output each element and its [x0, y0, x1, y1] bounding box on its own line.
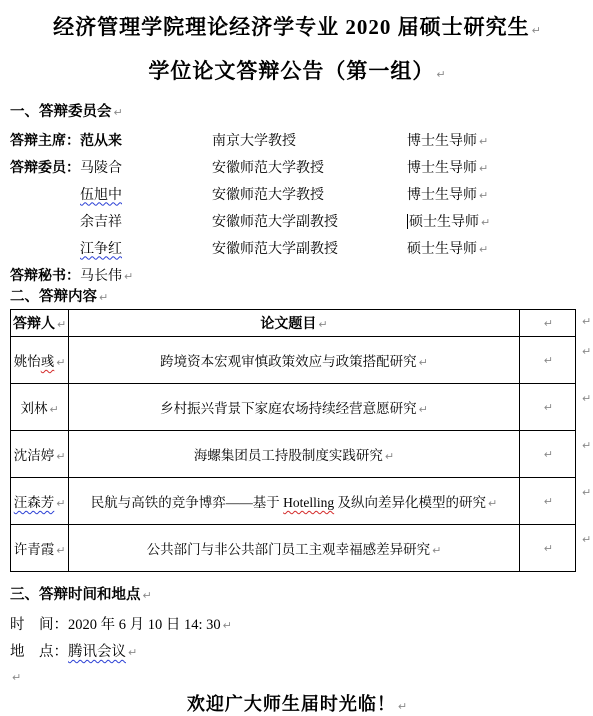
extra-cell: ↵	[519, 384, 575, 431]
defender-name: 汪森芳	[14, 495, 55, 510]
extra-cell: ↵	[519, 337, 575, 384]
paragraph-mark: ↵	[385, 450, 394, 463]
member-name: 江争红	[80, 238, 212, 258]
member-title: 硕士生导师↵	[407, 211, 585, 231]
paragraph-mark: ↵	[398, 700, 408, 713]
heading-text: 三、答辩时间和地点	[10, 587, 141, 603]
thesis-title: 乡村振兴背景下家庭农场持续经营意愿研究	[160, 401, 417, 416]
extra-cell: ↵	[519, 431, 575, 478]
schedule-time-row: 时 间：2020 年 6 月 10 日 14: 30↵	[10, 612, 585, 639]
paragraph-mark: ↵	[582, 486, 591, 499]
paragraph-mark: ↵	[544, 448, 553, 461]
defender-name: 沈洁婷	[14, 448, 55, 463]
paragraph-mark: ↵	[532, 24, 542, 37]
committee-row-member: 余吉祥 安徽师范大学副教授 硕士生导师↵	[10, 207, 585, 234]
paragraph-mark: ↵	[12, 671, 21, 684]
member-name: 伍旭中	[80, 184, 212, 204]
committee-row-member: 江争红 安徽师范大学副教授 硕士生导师↵	[10, 234, 585, 261]
time-value: 2020 年 6 月 10 日 14: 30	[68, 617, 221, 633]
table-header-extra: ↵	[519, 310, 575, 337]
paragraph-mark: ↵	[582, 315, 591, 328]
paragraph-mark: ↵	[481, 216, 490, 229]
paragraph-mark: ↵	[479, 243, 488, 256]
member-title: 博士生导师↵	[407, 184, 585, 204]
paragraph-mark: ↵	[544, 401, 553, 414]
document-page: 经济管理学院理论经济学专业 2020 届硕士研究生↵ 学位论文答辩公告（第一组）…	[0, 0, 593, 716]
thesis-title: 跨境资本宏观审慎政策效应与政策搭配研究	[160, 354, 417, 369]
member-name-text: 马陵合	[80, 161, 122, 176]
member-name: 马长伟↵	[80, 265, 212, 285]
committee-row-member: 伍旭中 安徽师范大学教授 博士生导师↵	[10, 180, 585, 207]
paragraph-mark: ↵	[582, 392, 591, 405]
thesis-title: 海螺集团员工持股制度实践研究	[194, 448, 383, 463]
table-row: 刘林↵ 乡村振兴背景下家庭农场持续经营意愿研究↵ ↵	[11, 384, 576, 431]
time-label: 时 间：	[10, 617, 68, 633]
table-header-thesis: 论文题目↵	[69, 310, 519, 337]
defender-name-cell: 许青霞↵	[11, 525, 69, 572]
paragraph-mark: ↵	[56, 497, 65, 510]
table-row: 汪森芳↵ 民航与高铁的竞争博弈——基于 Hotelling 及纵向差异化模型的研…	[11, 478, 576, 525]
paragraph-mark: ↵	[582, 533, 591, 546]
schedule-place-row: 地 点：腾讯会议↵	[10, 639, 585, 666]
member-title-text: 硕士生导师	[409, 215, 479, 230]
paragraph-mark: ↵	[582, 345, 591, 358]
content-section-heading: 二、答辩内容↵	[10, 288, 585, 307]
member-name: 余吉祥	[80, 211, 212, 231]
member-name-text: 范从来	[80, 134, 122, 149]
extra-cell: ↵	[519, 525, 575, 572]
paragraph-mark: ↵	[143, 589, 152, 602]
table-row: 姚怡彧↵ 跨境资本宏观审慎政策效应与政策搭配研究↵ ↵	[11, 337, 576, 384]
page-title-text: 学位论文答辩公告（第一组）	[148, 59, 434, 83]
member-name: 马陵合	[80, 157, 212, 177]
committee-role-label: 答辩主席：	[10, 130, 80, 150]
paragraph-mark: ↵	[50, 403, 59, 416]
paragraph-mark: ↵	[479, 189, 488, 202]
paragraph-mark: ↵	[114, 106, 123, 119]
committee-role-label: 答辩秘书：	[10, 265, 80, 285]
member-title-text: 硕士生导师	[407, 242, 477, 257]
paragraph-mark: ↵	[56, 450, 65, 463]
place-label: 地 点：	[10, 644, 68, 660]
paragraph-mark: ↵	[56, 356, 65, 369]
footer-welcome: 欢迎广大师生届时光临！↵	[10, 691, 585, 716]
committee-role-label: 答辩委员：	[10, 157, 80, 177]
member-name-text: 余吉祥	[80, 215, 122, 230]
defense-table: 答辩人↵ 论文题目↵ ↵ 姚怡彧↵ 跨境资本宏观审慎政策效应与政策搭配研究↵ ↵…	[10, 309, 576, 572]
thesis-title-cell: 民航与高铁的竞争博弈——基于 Hotelling 及纵向差异化模型的研究↵	[69, 478, 519, 525]
member-institution: 南京大学教授	[212, 130, 407, 150]
member-institution: 安徽师范大学教授	[212, 184, 407, 204]
paragraph-mark: ↵	[582, 439, 591, 452]
header-text: 答辩人	[13, 317, 55, 332]
thesis-title-cell: 海螺集团员工持股制度实践研究↵	[69, 431, 519, 478]
member-name-text: 伍旭中	[80, 188, 122, 203]
text-cursor	[407, 214, 408, 229]
committee-row-chair: 答辩主席： 范从来 南京大学教授 博士生导师↵	[10, 126, 585, 153]
table-row: 沈洁婷↵ 海螺集团员工持股制度实践研究↵ ↵	[11, 431, 576, 478]
empty-paragraph: ↵	[10, 666, 585, 689]
paragraph-mark: ↵	[544, 317, 553, 330]
header-text: 论文题目	[260, 317, 316, 332]
defender-name: 姚怡	[14, 354, 41, 369]
member-name: 范从来	[80, 130, 212, 150]
paragraph-mark: ↵	[419, 356, 428, 369]
footer-welcome-text: 欢迎广大师生届时光临！	[187, 694, 396, 714]
heading-text: 一、答辩委员会	[10, 104, 112, 120]
member-institution: 安徽师范大学副教授	[212, 211, 407, 231]
paragraph-mark: ↵	[544, 354, 553, 367]
extra-cell: ↵	[519, 478, 575, 525]
committee-list: 答辩主席： 范从来 南京大学教授 博士生导师↵ 答辩委员： 马陵合 安徽师范大学…	[10, 126, 585, 288]
paragraph-mark: ↵	[57, 318, 66, 331]
page-title-text: 经济管理学院理论经济学专业 2020 届硕士研究生	[53, 15, 530, 39]
thesis-title-cell: 跨境资本宏观审慎政策效应与政策搭配研究↵	[69, 337, 519, 384]
member-title: 博士生导师↵	[407, 130, 585, 150]
table-row: 许青霞↵ 公共部门与非公共部门员工主观幸福感差异研究↵ ↵	[11, 525, 576, 572]
paragraph-mark: ↵	[488, 497, 497, 510]
paragraph-mark: ↵	[544, 495, 553, 508]
member-name-text: 马长伟	[80, 269, 122, 284]
paragraph-mark: ↵	[544, 542, 553, 555]
page-title-line2: 学位论文答辩公告（第一组）↵	[10, 56, 585, 90]
paragraph-mark: ↵	[128, 646, 137, 659]
paragraph-mark: ↵	[419, 403, 428, 416]
page-title-line1: 经济管理学院理论经济学专业 2020 届硕士研究生↵	[10, 12, 585, 46]
paragraph-mark: ↵	[479, 135, 488, 148]
member-title: 博士生导师↵	[407, 157, 585, 177]
defender-name: 彧	[41, 354, 55, 369]
member-institution: 安徽师范大学教授	[212, 157, 407, 177]
defender-name-cell: 刘林↵	[11, 384, 69, 431]
thesis-title: 公共部门与非公共部门员工主观幸福感差异研究	[147, 542, 431, 557]
paragraph-mark: ↵	[56, 544, 65, 557]
paragraph-mark: ↵	[479, 162, 488, 175]
paragraph-mark: ↵	[223, 619, 232, 632]
member-institution: 安徽师范大学副教授	[212, 238, 407, 258]
defender-name-cell: 姚怡彧↵	[11, 337, 69, 384]
paragraph-mark: ↵	[99, 291, 108, 304]
committee-row-secretary: 答辩秘书： 马长伟↵	[10, 261, 585, 288]
member-title-text: 博士生导师	[407, 188, 477, 203]
thesis-title: Hotelling	[283, 495, 334, 510]
member-title-text: 博士生导师	[407, 134, 477, 149]
member-title: 硕士生导师↵	[407, 238, 585, 258]
committee-section-heading: 一、答辩委员会↵	[10, 103, 585, 122]
schedule-section-heading: 三、答辩时间和地点↵	[10, 586, 585, 605]
thesis-title: 及纵向差异化模型的研究	[334, 495, 486, 510]
member-title-text: 博士生导师	[407, 161, 477, 176]
committee-row-member: 答辩委员： 马陵合 安徽师范大学教授 博士生导师↵	[10, 153, 585, 180]
defender-name: 许青霞	[14, 542, 55, 557]
thesis-title: 民航与高铁的竞争博弈——基于	[91, 495, 283, 510]
defender-name-cell: 汪森芳↵	[11, 478, 69, 525]
heading-text: 二、答辩内容	[10, 289, 97, 305]
defense-table-wrap: 答辩人↵ 论文题目↵ ↵ 姚怡彧↵ 跨境资本宏观审慎政策效应与政策搭配研究↵ ↵…	[10, 309, 576, 572]
place-value: 腾讯会议	[68, 644, 126, 660]
paragraph-mark: ↵	[436, 68, 446, 81]
defender-name: 刘林	[21, 401, 48, 416]
table-header-row: 答辩人↵ 论文题目↵ ↵	[11, 310, 576, 337]
thesis-title-cell: 公共部门与非公共部门员工主观幸福感差异研究↵	[69, 525, 519, 572]
paragraph-mark: ↵	[124, 270, 133, 283]
thesis-title-cell: 乡村振兴背景下家庭农场持续经营意愿研究↵	[69, 384, 519, 431]
member-name-text: 江争红	[80, 242, 122, 257]
table-header-person: 答辩人↵	[11, 310, 69, 337]
paragraph-mark: ↵	[432, 544, 441, 557]
defender-name-cell: 沈洁婷↵	[11, 431, 69, 478]
paragraph-mark: ↵	[318, 318, 327, 331]
